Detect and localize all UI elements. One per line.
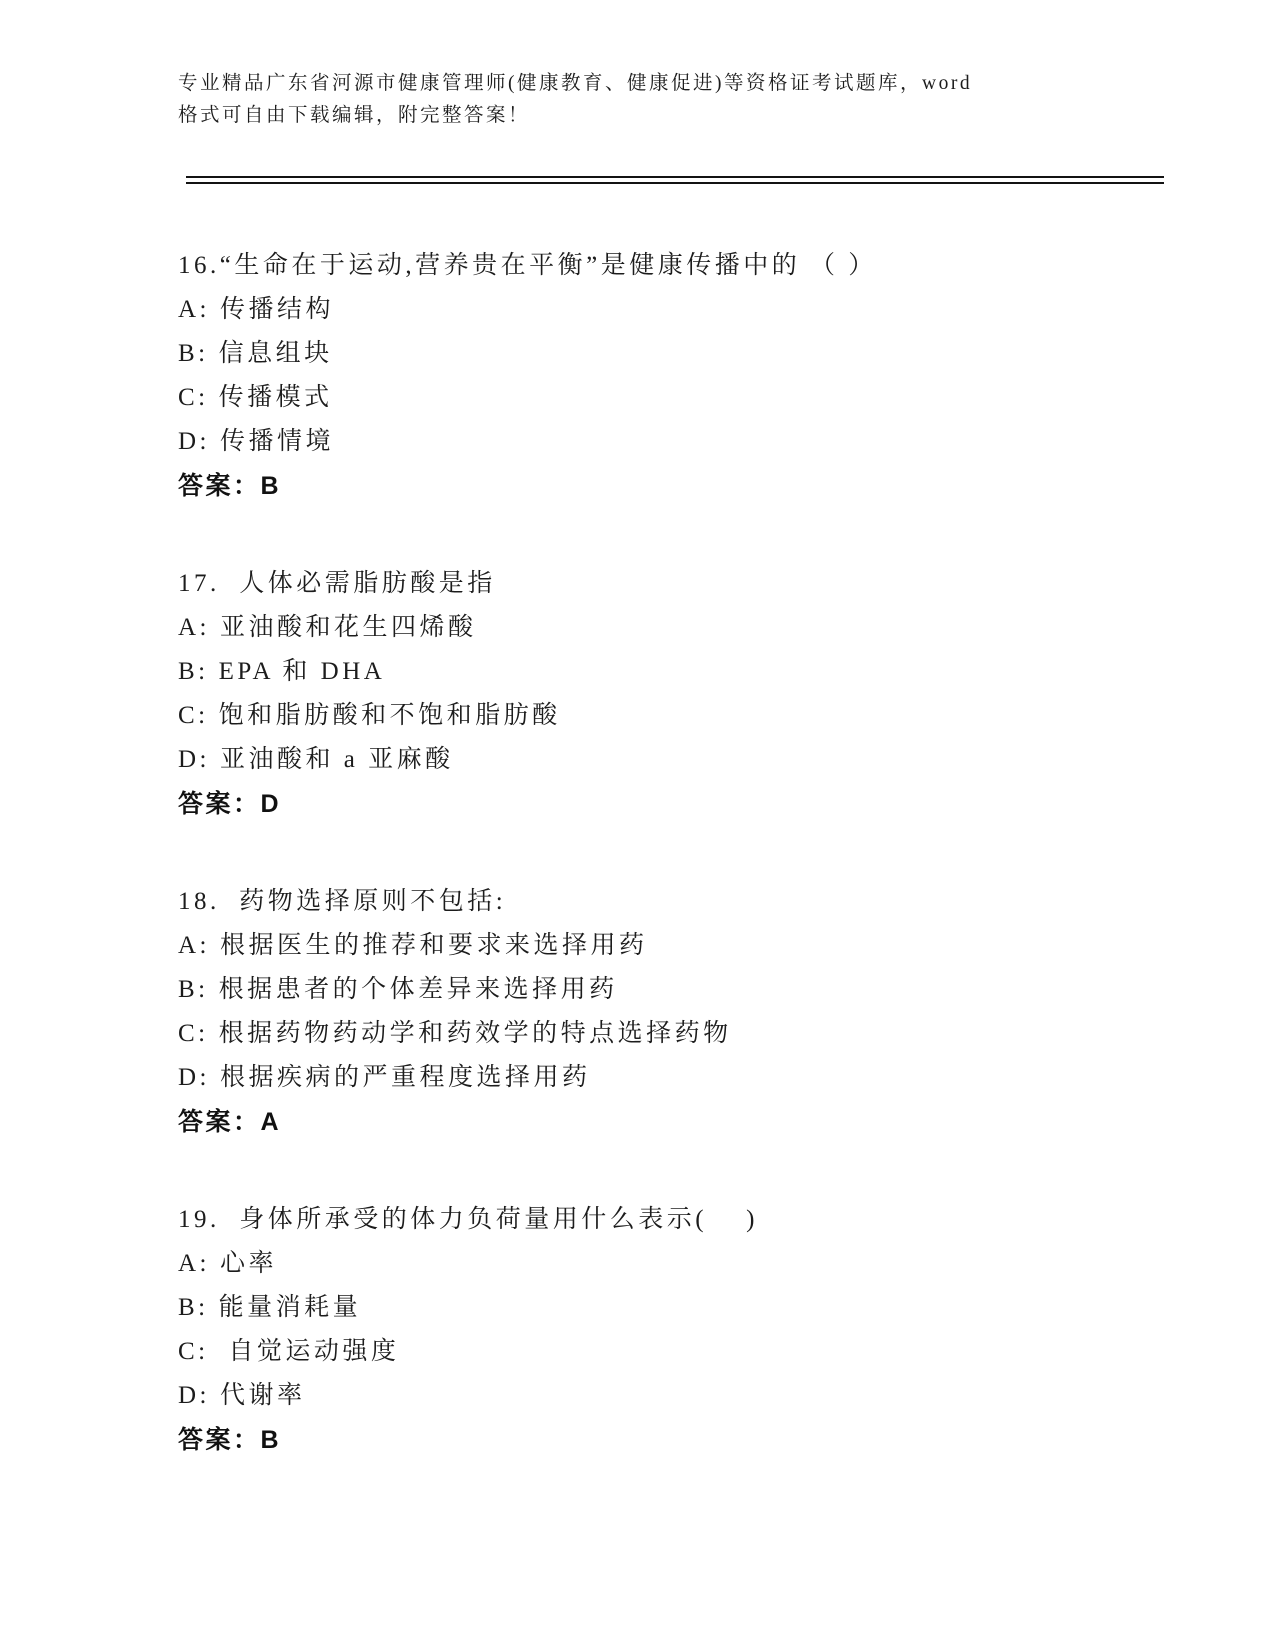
option-text: 心率: [220, 1250, 277, 1277]
option-label: B:: [178, 658, 209, 685]
option-text: 亚油酸和花生四烯酸: [220, 614, 477, 641]
question-number: 16.: [178, 252, 220, 279]
answer-row: 答案：D: [178, 782, 1175, 826]
option-row-c: C: 自觉运动强度: [178, 1330, 1175, 1374]
double-rule-divider: [186, 176, 1164, 184]
option-text: EPA 和 DHA: [219, 658, 386, 685]
page-header: 专业精品广东省河源市健康管理师(健康教育、健康促进)等资格证考试题库，word …: [0, 0, 1275, 132]
option-row-c: C:根据药物药动学和药效学的特点选择药物: [178, 1012, 1175, 1056]
option-row-a: A:传播结构: [178, 288, 1175, 332]
option-text: 根据医生的推荐和要求来选择用药: [220, 932, 648, 959]
header-line-1: 专业精品广东省河源市健康管理师(健康教育、健康促进)等资格证考试题库，word: [178, 68, 1165, 100]
answer-label: 答案：: [178, 790, 261, 818]
questions-section: 16.“生命在于运动,营养贵在平衡”是健康传播中的 （ ） A:传播结构 B:信…: [0, 184, 1275, 1462]
option-row-b: B:信息组块: [178, 332, 1175, 376]
question-number: 18.: [178, 888, 220, 915]
option-text: 自觉运动强度: [219, 1338, 400, 1365]
option-label: B:: [178, 976, 209, 1003]
option-row-d: D:亚油酸和 a 亚麻酸: [178, 738, 1175, 782]
question-block-17: 17. 人体必需脂肪酸是指 A:亚油酸和花生四烯酸 B:EPA 和 DHA C:…: [178, 562, 1175, 826]
option-label: B:: [178, 1294, 209, 1321]
option-label: A:: [178, 932, 210, 959]
option-row-d: D:传播情境: [178, 420, 1175, 464]
header-line-2: 格式可自由下载编辑，附完整答案！: [178, 100, 1165, 132]
option-text: 信息组块: [219, 340, 333, 367]
answer-label: 答案：: [178, 472, 261, 500]
answer-row: 答案：B: [178, 1418, 1175, 1462]
question-title: 19. 身体所承受的体力负荷量用什么表示( ): [178, 1198, 1175, 1242]
option-row-d: D:根据疾病的严重程度选择用药: [178, 1056, 1175, 1100]
option-label: D:: [178, 746, 210, 773]
option-label: A:: [178, 1250, 210, 1277]
answer-value: B: [261, 1426, 282, 1454]
option-row-a: A:亚油酸和花生四烯酸: [178, 606, 1175, 650]
question-block-18: 18. 药物选择原则不包括: A:根据医生的推荐和要求来选择用药 B:根据患者的…: [178, 880, 1175, 1144]
option-row-b: B:能量消耗量: [178, 1286, 1175, 1330]
option-row-d: D:代谢率: [178, 1374, 1175, 1418]
question-title: 16.“生命在于运动,营养贵在平衡”是健康传播中的 （ ）: [178, 244, 1175, 288]
option-label: C:: [178, 1338, 209, 1365]
question-block-19: 19. 身体所承受的体力负荷量用什么表示( ) A:心率 B:能量消耗量 C: …: [178, 1198, 1175, 1462]
option-text: 传播情境: [220, 428, 334, 455]
answer-label: 答案：: [178, 1426, 261, 1454]
question-text: “生命在于运动,营养贵在平衡”是健康传播中的 （ ）: [220, 252, 877, 279]
option-label: D:: [178, 1382, 210, 1409]
answer-label: 答案：: [178, 1108, 261, 1136]
option-label: D:: [178, 428, 210, 455]
option-text: 代谢率: [220, 1382, 306, 1409]
answer-value: A: [261, 1108, 282, 1136]
option-row-c: C:传播模式: [178, 376, 1175, 420]
question-text: 身体所承受的体力负荷量用什么表示( ): [220, 1206, 758, 1233]
answer-value: B: [261, 472, 282, 500]
question-title: 18. 药物选择原则不包括:: [178, 880, 1175, 924]
question-number: 19.: [178, 1206, 220, 1233]
option-text: 根据疾病的严重程度选择用药: [220, 1064, 591, 1091]
question-text: 药物选择原则不包括:: [220, 888, 506, 915]
question-title: 17. 人体必需脂肪酸是指: [178, 562, 1175, 606]
option-text: 根据药物药动学和药效学的特点选择药物: [219, 1020, 732, 1047]
option-label: B:: [178, 340, 209, 367]
answer-value: D: [261, 790, 282, 818]
option-label: A:: [178, 296, 210, 323]
answer-row: 答案：B: [178, 464, 1175, 508]
option-row-b: B:根据患者的个体差异来选择用药: [178, 968, 1175, 1012]
option-text: 根据患者的个体差异来选择用药: [219, 976, 618, 1003]
option-row-c: C:饱和脂肪酸和不饱和脂肪酸: [178, 694, 1175, 738]
question-number: 17.: [178, 570, 220, 597]
option-text: 亚油酸和 a 亚麻酸: [220, 746, 454, 773]
option-row-a: A:根据医生的推荐和要求来选择用药: [178, 924, 1175, 968]
option-text: 饱和脂肪酸和不饱和脂肪酸: [219, 702, 561, 729]
option-label: C:: [178, 384, 209, 411]
option-row-b: B:EPA 和 DHA: [178, 650, 1175, 694]
option-text: 能量消耗量: [219, 1294, 362, 1321]
document-page: 专业精品广东省河源市健康管理师(健康教育、健康促进)等资格证考试题库，word …: [0, 0, 1275, 1650]
option-row-a: A:心率: [178, 1242, 1175, 1286]
question-block-16: 16.“生命在于运动,营养贵在平衡”是健康传播中的 （ ） A:传播结构 B:信…: [178, 244, 1175, 508]
option-label: A:: [178, 614, 210, 641]
option-text: 传播结构: [220, 296, 334, 323]
option-label: C:: [178, 1020, 209, 1047]
option-text: 传播模式: [219, 384, 333, 411]
answer-row: 答案：A: [178, 1100, 1175, 1144]
option-label: C:: [178, 702, 209, 729]
option-label: D:: [178, 1064, 210, 1091]
question-text: 人体必需脂肪酸是指: [220, 570, 496, 597]
